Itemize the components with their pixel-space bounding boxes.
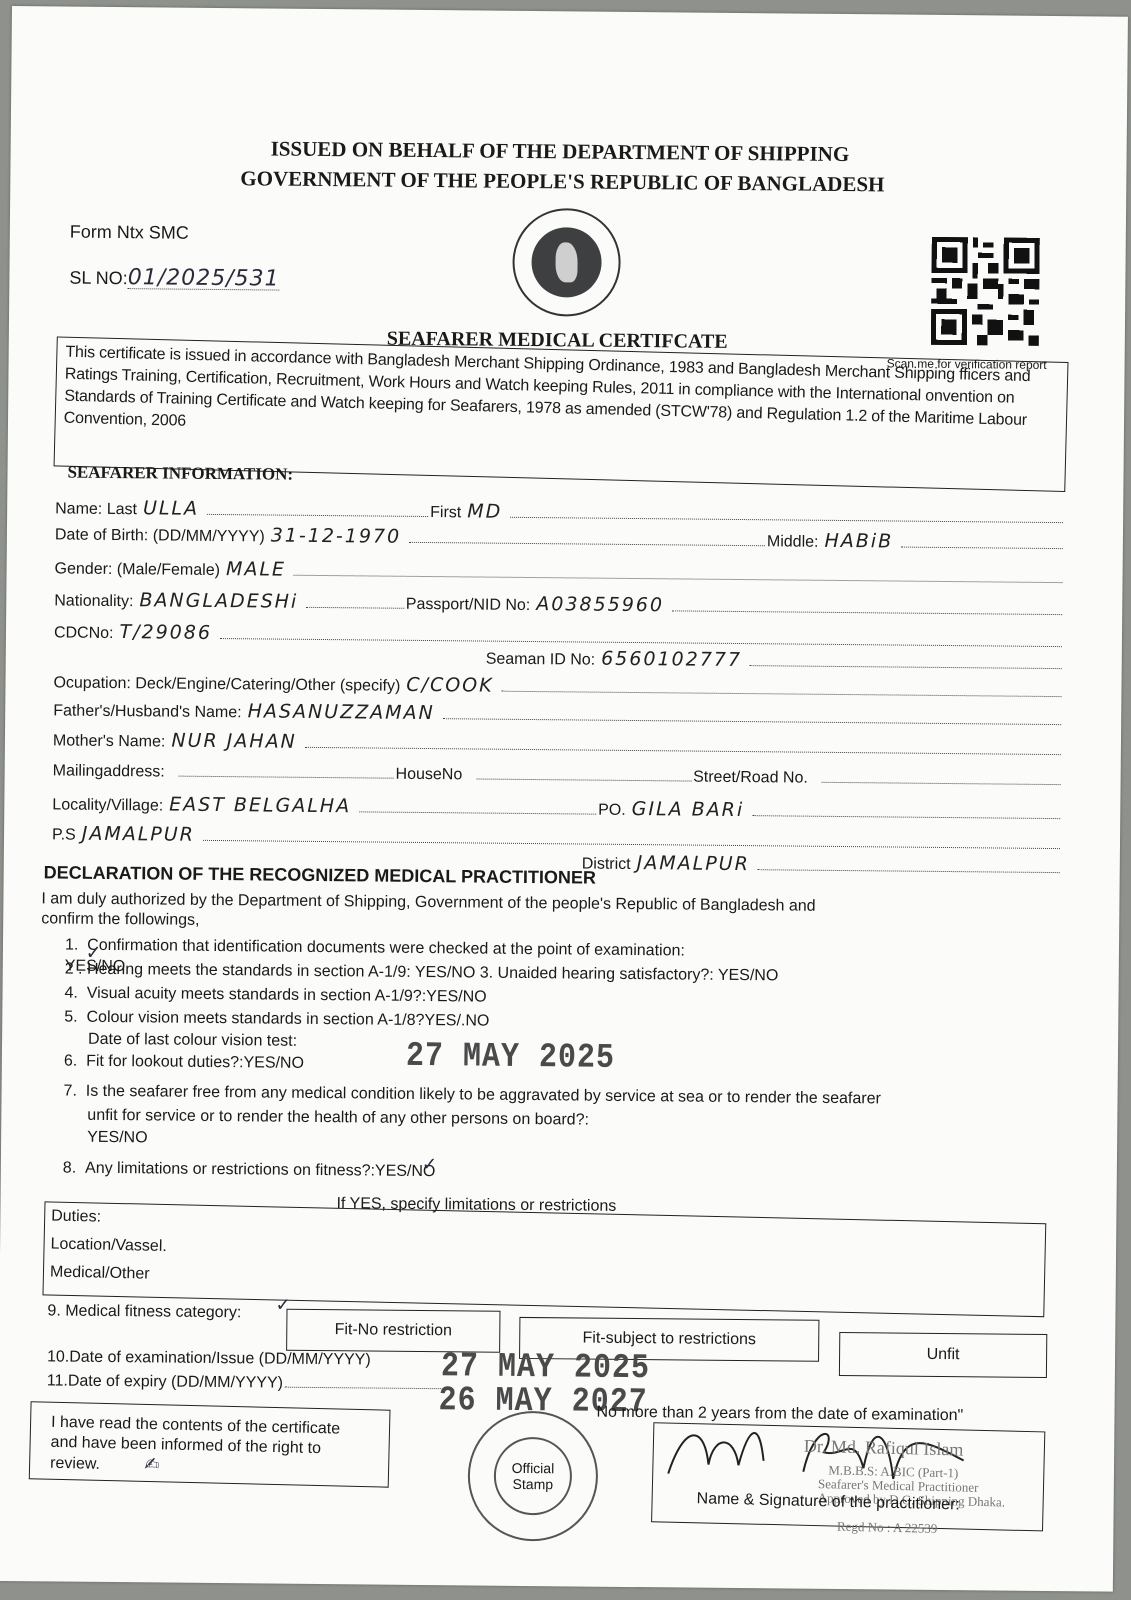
nationality-row: Nationality: BANGLADESHi Passport/NID No… (54, 588, 1064, 620)
serial-label: SL NO: (69, 268, 128, 289)
certificate-page: ISSUED ON BEHALF OF THE DEPARTMENT OF SH… (0, 6, 1128, 1592)
gender-label: Gender: (Male/Female) (55, 560, 221, 580)
restrictions-box: Duties: Location/Vassel. Medical/Other (42, 1201, 1046, 1317)
practitioner-regd-no: Regd No : A 22539 (837, 1520, 938, 1536)
declaration-item-7: 7. Is the seafarer free from any medical… (63, 1083, 880, 1109)
occupation-value[interactable]: C/COOK (406, 674, 494, 697)
last-name-value[interactable]: ULLA (143, 497, 199, 520)
father-name-label: Father's/Husband's Name: (53, 702, 242, 722)
middle-name-value[interactable]: HABiB (824, 530, 893, 553)
declaration-item-4: 4. Visual acuity meets standards in sect… (64, 985, 486, 1007)
fitness-option-unfit[interactable]: Unfit (839, 1332, 1047, 1378)
nationality-value[interactable]: BANGLADESHi (139, 589, 298, 613)
po-label: PO. (598, 802, 626, 820)
cdc-label: CDCNo: (54, 624, 114, 643)
expiry-date-label: 11.Date of expiry (DD/MM/YYYY) (47, 1372, 283, 1392)
passport-label: Passport/NID No: (406, 596, 531, 615)
last-name-label: Name: Last (55, 500, 137, 519)
colour-vision-date-label: Date of last colour vision test: (88, 1031, 297, 1051)
cdc-value[interactable]: T/29086 (119, 621, 212, 644)
seaman-id-value[interactable]: 6560102777 (601, 648, 742, 671)
mother-name-value[interactable]: NUR JAHAN (171, 730, 297, 753)
declaration-item-8: 8. Any limitations or restrictions on fi… (63, 1157, 437, 1182)
fitness-option-fit-no-restriction[interactable]: Fit-No restriction (286, 1309, 500, 1353)
official-stamp-label: Official Stamp (508, 1460, 558, 1492)
issuer-line-2: GOVERNMENT OF THE PEOPLE'S REPUBLIC OF B… (240, 166, 884, 197)
seafarer-acknowledgement-box: I have read the contents of the certific… (29, 1401, 391, 1487)
dob-label: Date of Birth: (DD/MM/YYYY) (55, 526, 265, 546)
ps-value[interactable]: JAMALPUR (82, 823, 195, 846)
form-id: Form Ntx SMC (70, 222, 189, 244)
practitioner-name: Dr. Md. Rafiqul Islam (804, 1439, 964, 1457)
mailing-address-label: Mailingaddress: (53, 762, 165, 781)
seafarer-info-heading: SEAFARER INFORMATION: (67, 463, 293, 485)
seafarer-signature: ✍ (144, 1454, 160, 1475)
gender-row: Gender: (Male/Female) MALE (55, 556, 1065, 588)
acknowledgement-text: I have read the contents of the certific… (50, 1414, 340, 1473)
legal-basis-text: This certificate is issued in accordance… (55, 337, 1067, 459)
street-label: Street/Road No. (693, 769, 808, 788)
practitioner-signature-box: Dr. Md. Rafiqul Islam M.B.B.S: A.BIC (Pa… (651, 1422, 1045, 1531)
locality-label: Locality/Village: (52, 796, 163, 815)
dob-row: Date of Birth: (DD/MM/YYYY) 31-12-1970 M… (55, 522, 1065, 554)
house-no-label: HouseNo (395, 766, 462, 785)
locality-row: Locality/Village: EAST BELGALHA PO. GILA… (52, 792, 1062, 824)
ps-label: P.S (52, 826, 76, 844)
first-name-value[interactable]: MD (467, 500, 502, 522)
district-value[interactable]: JAMALPUR (637, 852, 750, 875)
first-name-label: First (430, 504, 461, 522)
checkmark-icon: ✓ (422, 1154, 437, 1175)
fitness-category-label: 9. Medical fitness category: (47, 1302, 241, 1322)
mailing-address-row: Mailingaddress: HouseNo Street/Road No. (53, 762, 1063, 790)
declaration-heading: DECLARATION OF THE RECOGNIZED MEDICAL PR… (44, 862, 597, 888)
occupation-row: Ocupation: Deck/Engine/Catering/Other (s… (53, 670, 1063, 702)
colour-vision-date-stamp: 27 MAY 2025 (406, 1037, 615, 1078)
expiry-date-row: 11.Date of expiry (DD/MM/YYYY) (47, 1372, 447, 1394)
passport-value[interactable]: A03855960 (536, 593, 664, 616)
declaration-item-5: 5. Colour vision meets standards in sect… (64, 1009, 489, 1031)
declaration-item-7-cont: unfit for service or to render the healt… (87, 1107, 589, 1130)
declaration-intro-2: confirm the followings, (41, 910, 199, 930)
bangladesh-government-seal-icon (512, 208, 621, 317)
seaman-id-label: Seaman ID No: (486, 651, 596, 670)
father-name-row: Father's/Husband's Name: HASANUZZAMAN (53, 698, 1063, 730)
occupation-label: Ocupation: Deck/Engine/Catering/Other (s… (53, 674, 400, 695)
dob-value[interactable]: 31-12-1970 (271, 525, 402, 548)
official-stamp-icon: Official Stamp (467, 1410, 598, 1541)
exam-date-label: 10.Date of examination/Issue (DD/MM/YYYY… (47, 1348, 371, 1369)
locality-value[interactable]: EAST BELGALHA (169, 794, 351, 818)
qr-code-icon[interactable] (931, 237, 1040, 346)
po-value[interactable]: GILA BARi (632, 798, 745, 821)
serial-value: 01/2025/531 (128, 265, 280, 291)
father-name-value[interactable]: HASANUZZAMAN (248, 700, 435, 724)
declaration-item-7-yesno: YES/NO (87, 1129, 148, 1148)
middle-name-label: Middle: (767, 533, 819, 551)
serial-number: SL NO:01/2025/531 (69, 265, 279, 292)
bangladesh-map-icon (555, 242, 577, 282)
mother-name-row: Mother's Name: NUR JAHAN (53, 728, 1063, 760)
mother-name-label: Mother's Name: (53, 732, 166, 751)
issuer-line-1: ISSUED ON BEHALF OF THE DEPARTMENT OF SH… (271, 136, 850, 167)
nationality-label: Nationality: (54, 592, 133, 611)
gender-value[interactable]: MALE (226, 558, 286, 581)
declaration-item-6: 6. Fit for lookout duties?:YES/NO (64, 1053, 304, 1073)
